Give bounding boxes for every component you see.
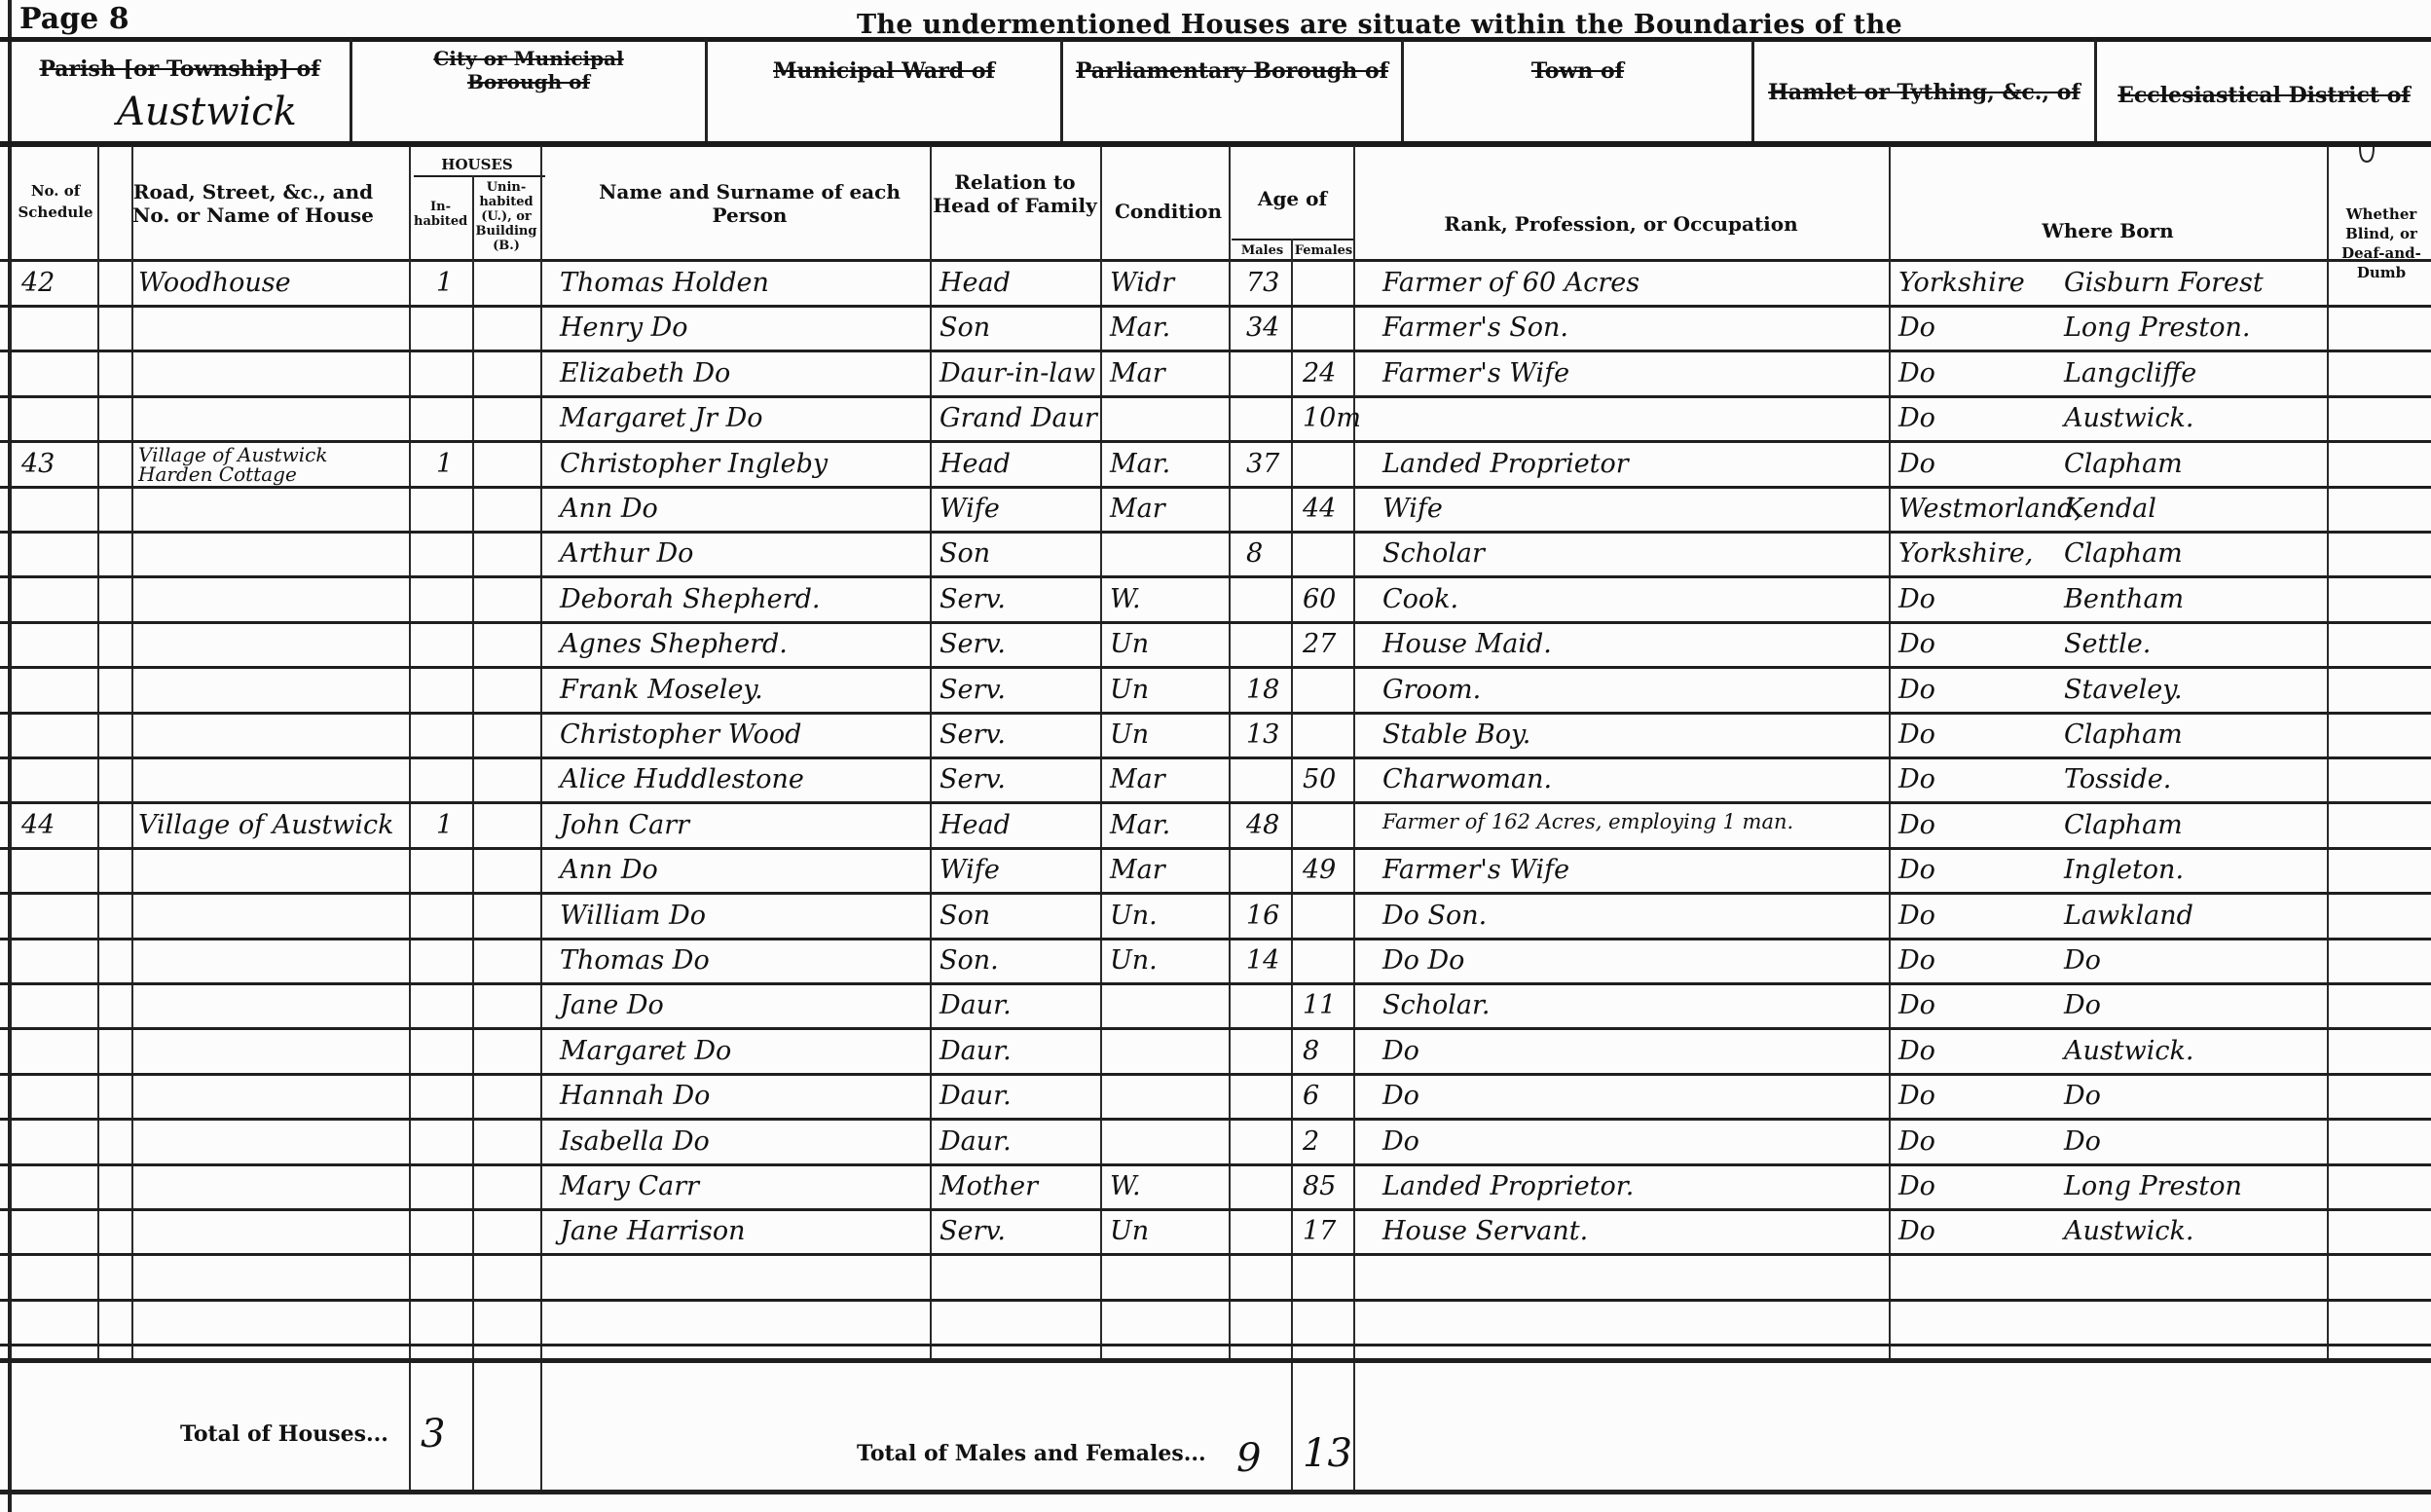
person-name-cell: Agnes Shepherd. [560,629,788,659]
column-header-name: Name and Surname of each Person [574,180,925,227]
column-header-uninhabited: Unin-habited (U.), or Building (B.) [472,180,540,253]
table-row: Hannah DoDaur.6DoDoDo [0,1075,2431,1120]
female-age-cell: 50 [1303,764,1336,794]
table-row: Elizabeth DoDaur-in-lawMar24Farmer's Wif… [0,352,2431,397]
page-label: Page 8 [19,2,129,36]
occupation-cell: Farmer's Wife [1382,358,1569,388]
condition-cell: Mar. [1110,449,1170,479]
occupation-cell: Scholar [1382,538,1485,569]
born-place-cell: Tosside. [2064,764,2171,794]
road-cell: Village of Austwick Harden Cottage [138,445,401,484]
condition-cell: Un. [1110,945,1158,976]
occupation-cell: Farmer's Wife [1382,855,1569,885]
occupation-cell: Wife [1382,494,1443,524]
male-age-cell: 34 [1246,313,1279,343]
born-county-cell: Do [1898,764,1935,794]
person-name-cell: Christopher Wood [560,719,801,750]
boundary-value: Austwick [117,90,297,134]
person-name-cell: Ann Do [560,855,658,885]
table-row: Isabella DoDaur.2DoDoDo [0,1121,2431,1165]
relation-cell: Head [939,268,1011,298]
person-name-cell: Elizabeth Do [560,358,730,388]
born-county-cell: Do [1898,403,1935,433]
table-row: Margaret DoDaur.8DoDoAustwick. [0,1030,2431,1075]
column-header-occupation: Rank, Profession, or Occupation [1358,212,1884,236]
born-county-cell: Do [1898,901,1935,931]
relation-cell: Mother [939,1171,1038,1201]
born-place-cell: Bentham [2064,584,2184,614]
occupation-cell: Do [1382,1081,1419,1111]
condition-cell: Mar [1110,855,1165,885]
person-name-cell: Jane Do [560,990,664,1020]
born-county-cell: Do [1898,1081,1935,1111]
boundary-label: Municipal Ward of [708,58,1060,84]
condition-cell: W. [1110,584,1141,614]
table-row: Agnes Shepherd.Serv.Un27House Maid.DoSet… [0,623,2431,668]
born-place-cell: Long Preston. [2064,313,2250,343]
male-age-cell: 14 [1246,945,1279,976]
census-page: Page 8 The undermentioned Houses are sit… [0,0,2431,1512]
born-place-cell: Clapham [2064,538,2183,569]
column-header-schedule: No. of Schedule [12,180,99,223]
table-row: 44Village of Austwick1John CarrHeadMar.4… [0,804,2431,849]
person-name-cell: Hannah Do [560,1081,710,1111]
column-header-rule [0,141,2431,147]
condition-cell: W. [1110,1171,1141,1201]
female-age-cell: 2 [1303,1126,1319,1157]
born-county-cell: Do [1898,1171,1935,1201]
male-age-cell: 16 [1246,901,1279,931]
condition-cell: Widr [1110,268,1174,298]
totals-top-rule [0,1358,2431,1363]
table-row: Ann DoWifeMar44WifeWestmorland,Kendal [0,488,2431,533]
person-name-cell: Christopher Ingleby [560,449,828,479]
male-age-cell: 8 [1246,538,1263,569]
female-age-cell: 60 [1303,584,1336,614]
total-males-value: 9 [1236,1436,1261,1481]
born-county-cell: Do [1898,358,1935,388]
boundary-parliamentary: Parliamentary Borough of [1063,39,1404,141]
relation-cell: Head [939,449,1011,479]
boundary-town: Town of [1404,39,1754,141]
person-name-cell: Margaret Jr Do [560,403,763,433]
total-persons-label: Total of Males and Females... [857,1441,1206,1466]
person-name-cell: Frank Moseley. [560,675,763,705]
road-cell: Woodhouse [138,268,291,298]
born-place-cell: Kendal [2064,494,2156,524]
person-name-cell: Ann Do [560,494,658,524]
born-county-cell: Do [1898,675,1935,705]
born-place-cell: Gisburn Forest [2064,268,2264,298]
born-county-cell: Do [1898,855,1935,885]
total-houses-value: 3 [421,1412,445,1457]
schedule-cell: 43 [21,449,55,479]
born-county-cell: Do [1898,1126,1935,1157]
person-name-cell: Mary Carr [560,1171,699,1201]
relation-cell: Serv. [939,675,1006,705]
column-header-inhabited: In-habited [414,200,467,229]
relation-cell: Son [939,538,990,569]
occupation-cell: Groom. [1382,675,1481,705]
table-row: Jane DoDaur.11Scholar.DoDo [0,984,2431,1029]
person-name-cell: Deborah Shepherd. [560,584,820,614]
occupation-cell: House Servant. [1382,1216,1588,1246]
occupation-cell: Scholar. [1382,990,1491,1020]
condition-cell: Mar. [1110,810,1170,840]
occupation-cell: Farmer of 60 Acres [1382,268,1639,298]
relation-cell: Grand Daur [939,403,1097,433]
occupation-cell: Farmer of 162 Acres, employing 1 man. [1382,810,1793,833]
table-row: Frank Moseley.Serv.Un18Groom.DoStaveley. [0,669,2431,714]
born-county-cell: Do [1898,990,1935,1020]
column-header-houses: HOUSES [409,153,545,176]
occupation-cell: Do [1382,1036,1419,1066]
female-age-cell: 44 [1303,494,1336,524]
schedule-cell: 44 [21,810,55,840]
occupation-cell: House Maid. [1382,629,1552,659]
column-header-relation: Relation to Head of Family [930,170,1100,217]
relation-cell: Serv. [939,1216,1006,1246]
person-name-cell: John Carr [560,810,689,840]
boundaries-banner: The undermentioned Houses are situate wi… [857,10,1902,40]
person-name-cell: Henry Do [560,313,688,343]
table-row [0,1256,2431,1301]
total-houses-label: Total of Houses... [180,1421,388,1447]
born-place-cell: Clapham [2064,719,2183,750]
female-age-cell: 11 [1303,990,1336,1020]
occupation-cell: Landed Proprietor. [1382,1171,1634,1201]
boundary-ward: Municipal Ward of [708,39,1063,141]
relation-cell: Serv. [939,719,1006,750]
born-county-cell: Do [1898,945,1935,976]
boundary-hamlet: Hamlet or Tything, &c., of [1754,39,2097,141]
born-place-cell: Settle. [2064,629,2151,659]
relation-cell: Daur. [939,1081,1012,1111]
born-place-cell: Lawkland [2064,901,2193,931]
table-row: Margaret Jr DoGrand Daur10mDoAustwick. [0,397,2431,442]
female-age-cell: 49 [1303,855,1336,885]
occupation-cell: Do Son. [1382,901,1487,931]
boundary-ecclesiastical: Ecclesiastical District of [2097,39,2431,141]
totals-bottom-rule [0,1490,2431,1494]
person-name-cell: Thomas Holden [560,268,769,298]
male-age-cell: 37 [1246,449,1279,479]
born-place-cell: Langcliffe [2064,358,2196,388]
born-place-cell: Austwick. [2064,403,2193,433]
person-name-cell: Jane Harrison [560,1216,745,1246]
relation-cell: Daur-in-law [939,358,1095,388]
person-name-cell: Arthur Do [560,538,693,569]
condition-cell: Mar [1110,358,1165,388]
born-place-cell: Staveley. [2064,675,2183,705]
born-place-cell: Long Preston [2064,1171,2242,1201]
born-county-cell: Yorkshire [1898,268,2025,298]
male-age-cell: 18 [1246,675,1279,705]
born-place-cell: Austwick. [2064,1036,2193,1066]
born-county-cell: Do [1898,584,1935,614]
occupation-cell: Stable Boy. [1382,719,1530,750]
occupation-cell: Do Do [1382,945,1464,976]
born-county-cell: Westmorland, [1898,494,2082,524]
male-age-cell: 13 [1246,719,1279,750]
boundary-parish: Parish [or Township] of Austwick [10,39,352,141]
born-place-cell: Austwick. [2064,1216,2193,1246]
relation-cell: Serv. [939,629,1006,659]
occupation-cell: Do [1382,1126,1419,1157]
female-age-cell: 6 [1303,1081,1319,1111]
female-age-cell: 85 [1303,1171,1336,1201]
born-county-cell: Do [1898,313,1935,343]
boundary-label: Ecclesiastical District of [2097,83,2431,108]
boundary-label: Parliamentary Borough of [1063,58,1401,84]
born-place-cell: Clapham [2064,449,2183,479]
occupation-cell: Landed Proprietor [1382,449,1629,479]
relation-cell: Wife [939,494,1000,524]
schedule-cell: 42 [21,268,55,298]
person-name-cell: Isabella Do [560,1126,710,1157]
boundary-label: City or Municipal Borough of [352,47,705,93]
born-place-cell: Do [2064,1081,2101,1111]
born-county-cell: Yorkshire, [1898,538,2033,569]
male-age-cell: 48 [1246,810,1279,840]
condition-cell: Un [1110,719,1149,750]
relation-cell: Wife [939,855,1000,885]
inhabited-cell: 1 [436,449,453,479]
table-row [0,1301,2431,1346]
occupation-cell: Cook. [1382,584,1458,614]
male-age-cell: 73 [1246,268,1279,298]
condition-cell: Mar [1110,494,1165,524]
relation-cell: Son [939,901,990,931]
born-place-cell: Do [2064,945,2101,976]
female-age-cell: 27 [1303,629,1336,659]
condition-cell: Un [1110,629,1149,659]
relation-cell: Head [939,810,1011,840]
female-age-cell: 10m [1303,403,1361,433]
table-row: Thomas DoSon.Un.14Do DoDoDo [0,940,2431,984]
female-age-cell: 24 [1303,358,1336,388]
born-county-cell: Do [1898,719,1935,750]
boundary-borough: City or Municipal Borough of [352,39,708,141]
person-name-cell: Alice Huddlestone [560,764,804,794]
column-header-males: Males [1232,243,1293,258]
table-row: Christopher WoodServ.Un13Stable Boy.DoCl… [0,714,2431,758]
relation-cell: Serv. [939,764,1006,794]
relation-cell: Son [939,313,990,343]
table-row: Alice HuddlestoneServ.Mar50Charwoman.DoT… [0,758,2431,803]
born-place-cell: Do [2064,1126,2101,1157]
person-name-cell: Margaret Do [560,1036,731,1066]
relation-cell: Daur. [939,1126,1012,1157]
condition-cell: Un [1110,1216,1149,1246]
relation-cell: Daur. [939,1036,1012,1066]
born-place-cell: Do [2064,990,2101,1020]
born-county-cell: Do [1898,810,1935,840]
table-row: 43Village of Austwick Harden Cottage1Chr… [0,443,2431,488]
boundary-label: Town of [1404,58,1751,84]
female-age-cell: 8 [1303,1036,1319,1066]
condition-cell: Mar. [1110,313,1170,343]
table-row: Mary CarrMotherW.85Landed Proprietor.DoL… [0,1165,2431,1210]
born-county-cell: Do [1898,449,1935,479]
table-row: Deborah Shepherd.Serv.W.60Cook.DoBentham [0,578,2431,623]
occupation-cell: Farmer's Son. [1382,313,1568,343]
female-age-cell: 17 [1303,1216,1336,1246]
table-row: Arthur DoSon8ScholarYorkshire,Clapham [0,533,2431,577]
person-name-cell: William Do [560,901,706,931]
road-cell: Village of Austwick [138,810,394,840]
table-row: William DoSonUn.16Do Son.DoLawkland [0,895,2431,940]
column-header-age: Age of [1232,187,1353,210]
column-header-females: Females [1293,243,1354,258]
column-header-born: Where Born [1996,219,2220,242]
relation-cell: Son. [939,945,999,976]
total-females-value: 13 [1303,1431,1352,1476]
column-header-condition: Condition [1105,200,1232,223]
table-row: 42Woodhouse1Thomas HoldenHeadWidr73Farme… [0,262,2431,307]
born-county-cell: Do [1898,629,1935,659]
condition-cell: Un. [1110,901,1158,931]
relation-cell: Daur. [939,990,1012,1020]
boundary-label: Parish [or Township] of [10,56,350,82]
occupation-cell: Charwoman. [1382,764,1552,794]
table-row: Ann DoWifeMar49Farmer's WifeDoIngleton. [0,849,2431,894]
row-rule [0,1344,2431,1346]
person-name-cell: Thomas Do [560,945,710,976]
inhabited-cell: 1 [436,810,453,840]
condition-cell: Un [1110,675,1149,705]
relation-cell: Serv. [939,584,1006,614]
born-county-cell: Do [1898,1036,1935,1066]
houses-subrule [414,175,545,177]
born-county-cell: Do [1898,1216,1935,1246]
inhabited-cell: 1 [436,268,453,298]
table-row: Jane HarrisonServ.Un17House Servant.DoAu… [0,1210,2431,1255]
condition-cell: Mar [1110,764,1165,794]
born-place-cell: Ingleton. [2064,855,2184,885]
born-place-cell: Clapham [2064,810,2183,840]
boundary-label: Hamlet or Tything, &c., of [1754,80,2094,105]
table-row: Henry DoSonMar.34Farmer's Son.DoLong Pre… [0,307,2431,351]
column-header-road: Road, Street, &c., and No. or Name of Ho… [131,180,375,227]
